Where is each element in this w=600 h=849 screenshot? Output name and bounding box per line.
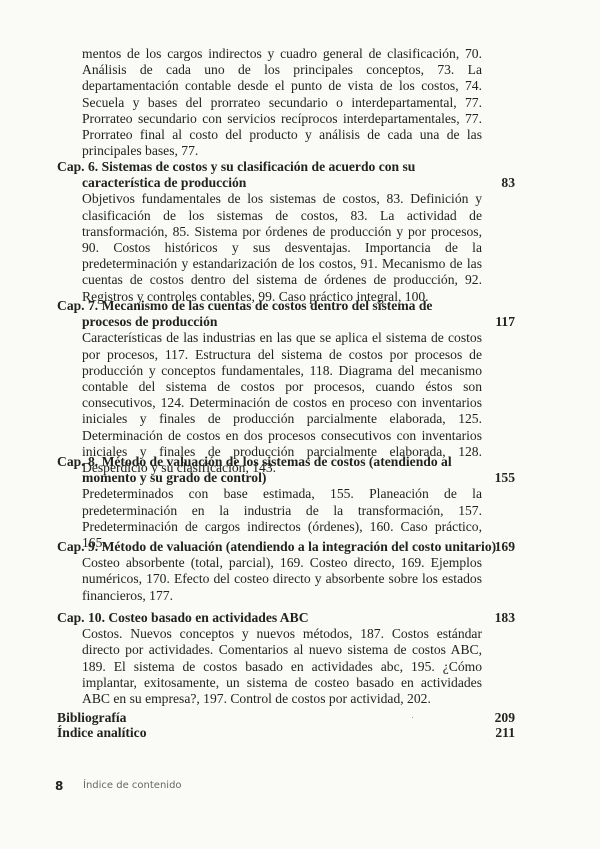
toc-back-matter-label: Bibliografía bbox=[57, 710, 126, 725]
toc-chapter-description: Costos. Nuevos conceptos y nuevos método… bbox=[82, 626, 482, 707]
toc-page-number: 117 bbox=[495, 314, 515, 330]
toc-entry-index: Índice analítico 211 bbox=[57, 725, 515, 741]
toc-entry-chapter-9: 169 Cap. 9. Método de valuación (atendie… bbox=[57, 539, 515, 604]
print-speck bbox=[412, 717, 413, 718]
toc-entry-chapter-8: 155 Cap. 8. Método de valuación de los s… bbox=[57, 454, 515, 551]
book-page: mentos de los cargos indirectos y cuadro… bbox=[0, 0, 600, 849]
toc-chapter-description: Objetivos fundamentales de los sistemas … bbox=[82, 191, 482, 304]
footer-running-title: Índice de contenido bbox=[83, 780, 182, 791]
toc-back-matter-label: Índice analítico bbox=[57, 725, 147, 740]
toc-page-number: 209 bbox=[495, 710, 515, 726]
toc-chapter-heading: Cap. 10. Costeo basado en actividades AB… bbox=[57, 610, 482, 626]
toc-entry-bibliography: Bibliografía 209 bbox=[57, 710, 515, 726]
intro-paragraph: mentos de los cargos indirectos y cuadro… bbox=[82, 46, 482, 159]
footer-page-number: 8 bbox=[55, 779, 63, 793]
toc-chapter-description: Costeo absorbente (total, parcial), 169.… bbox=[82, 555, 482, 604]
toc-chapter-heading: Cap. 8. Método de valuación de los siste… bbox=[57, 454, 482, 486]
toc-entry-chapter-10: 183 Cap. 10. Costeo basado en actividade… bbox=[57, 610, 515, 707]
toc-page-number: 211 bbox=[495, 725, 515, 741]
toc-page-number: 183 bbox=[495, 610, 515, 626]
toc-page-number: 155 bbox=[495, 470, 515, 486]
toc-entry-chapter-6: 83 Cap. 6. Sistemas de costos y su clasi… bbox=[57, 159, 515, 305]
toc-page-number: 169 bbox=[495, 539, 515, 555]
toc-page-number: 83 bbox=[501, 175, 515, 191]
toc-chapter-heading: Cap. 9. Método de valuación (atendiendo … bbox=[57, 539, 512, 555]
toc-chapter-heading: Cap. 7. Mecanismo de las cuentas de cost… bbox=[57, 298, 482, 330]
toc-chapter-heading: Cap. 6. Sistemas de costos y su clasific… bbox=[57, 159, 482, 191]
toc-entry-chapter-7: 117 Cap. 7. Mecanismo de las cuentas de … bbox=[57, 298, 515, 476]
